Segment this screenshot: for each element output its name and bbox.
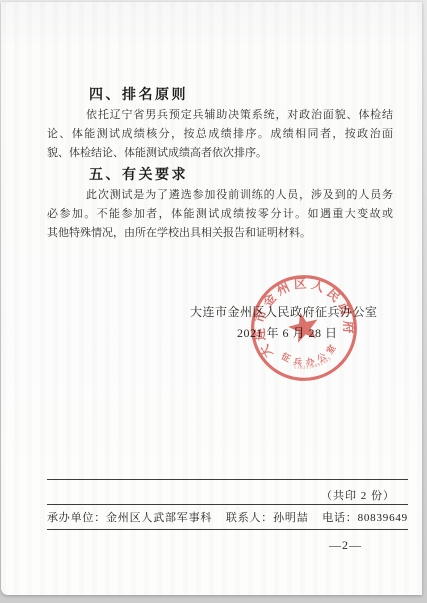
section-4-heading: 四、排名原则: [89, 84, 188, 104]
section-4-line-3: 貌、体检结论、体能测试成绩高者依次排序。: [47, 145, 267, 161]
section-5-line-1: 此次测试是为了遴选参加役前训练的人员，涉及到的人员务: [86, 187, 393, 203]
colophon-divider-top: [47, 479, 408, 480]
contact-phone: 电话：80839649: [322, 509, 408, 525]
section-4-line-1: 依托辽宁省男兵预定兵辅助决策系统，对政治面貌、体检结: [86, 107, 393, 123]
colophon-divider-middle: [47, 504, 408, 505]
page-number: —2—: [329, 538, 362, 553]
undertaker-row: 承办单位：金州区人武部军事科 联系人：孙明喆 电话：80839649: [47, 509, 408, 525]
contact-person: 联系人：孙明喆: [226, 509, 309, 525]
scanned-document: 四、排名原则 依托辽宁省男兵预定兵辅助决策系统，对政治面貌、体检结 论、体能测试…: [0, 0, 427, 603]
undertaker-unit: 承办单位：金州区人武部军事科: [47, 509, 212, 525]
star-icon: [285, 309, 321, 344]
colophon-divider-bottom: [47, 529, 408, 530]
document-page: 四、排名原则 依托辽宁省男兵预定兵辅助决策系统，对政治面貌、体检结 论、体能测试…: [1, 2, 422, 595]
section-5-line-3: 其他特殊情况，由所在学校出具相关报告和证明材料。: [47, 225, 311, 241]
seal-graphic: 大连市金州区人民政府 征兵办公室 2102130092465: [236, 260, 372, 396]
official-seal-stamp: 大连市金州区人民政府 征兵办公室 2102130092465: [236, 260, 372, 396]
section-4-line-2: 论、体能测试成绩核分，按总成绩排序。成绩相同者，按政治面: [47, 126, 393, 142]
section-5-heading: 五、有关要求: [89, 164, 188, 184]
copies-note: （共印 2 份）: [321, 487, 395, 503]
section-5-line-2: 必参加。不能参加者，体能测试成绩按零分计。如遇重大变故或: [47, 206, 393, 222]
